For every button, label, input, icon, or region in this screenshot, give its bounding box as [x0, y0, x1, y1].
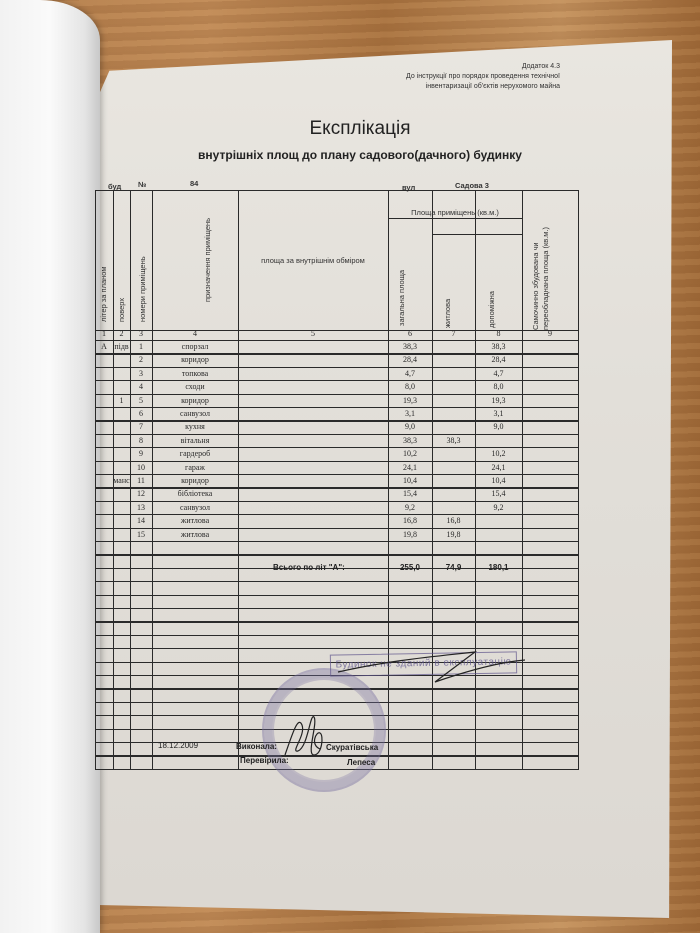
cell-total: 19,3 — [388, 394, 432, 407]
footer-date: 18.12.2009 — [158, 741, 198, 750]
totals-auxiliary-area: 180,1 — [475, 563, 522, 572]
appendix-number: Додаток 4.3 — [400, 62, 560, 72]
table-row-border — [95, 635, 578, 636]
appendix-line-2: До інструкції про порядок проведення тех… — [400, 72, 560, 82]
cell-aux: 38,3 — [475, 340, 522, 353]
cell-aux: 10,2 — [475, 447, 522, 460]
appendix-line-3: інвентаризації об'єктів нерухомого майна — [400, 82, 560, 92]
cell-total: 19,8 — [388, 528, 432, 541]
cell-aux: 24,1 — [475, 461, 522, 474]
cell-purpose: топкова — [152, 367, 238, 380]
cell-purpose: коридор — [152, 394, 238, 407]
cell-no: 7 — [130, 420, 152, 433]
table-column-border — [95, 190, 96, 770]
cell-aux: 28,4 — [475, 353, 522, 366]
column-number: 6 — [388, 328, 432, 340]
cell-no: 14 — [130, 514, 152, 527]
cell-total: 38,3 — [388, 434, 432, 447]
column-number: 1 — [95, 328, 113, 340]
cell-purpose: санвузол — [152, 501, 238, 514]
header-inner-area: площа за внутрішнім обміром — [238, 256, 388, 265]
totals-living-area: 74,9 — [432, 563, 475, 572]
cell-aux: 10,4 — [475, 474, 522, 487]
column-number: 3 — [130, 328, 152, 340]
cell-no: 10 — [130, 461, 152, 474]
cell-aux: 4,7 — [475, 367, 522, 380]
cell-no: 9 — [130, 447, 152, 460]
executed-label: Виконала: — [236, 742, 277, 751]
cell-total: 8,0 — [388, 380, 432, 393]
column-number: 7 — [432, 328, 475, 340]
stamp-crossout-scribble — [330, 650, 530, 690]
cell-purpose: бібліотека — [152, 487, 238, 500]
cell-total: 38,3 — [388, 340, 432, 353]
document-subtitle: внутрішніх площ до плану садового(дачног… — [0, 148, 700, 162]
header-living: житлова — [443, 299, 452, 328]
header-auxiliary: допоміжна — [487, 291, 496, 328]
cell-total: 15,4 — [388, 487, 432, 500]
cell-no: 1 — [130, 340, 152, 353]
area-subgroup-border — [432, 234, 522, 235]
column-number: 2 — [113, 328, 130, 340]
cell-total: 16,8 — [388, 514, 432, 527]
number-label: № — [138, 180, 146, 189]
cell-purpose: вітальня — [152, 434, 238, 447]
cell-purpose: санвузол — [152, 407, 238, 420]
cell-purpose: сходи — [152, 380, 238, 393]
cell-total: 10,2 — [388, 447, 432, 460]
cell-aux: 9,0 — [475, 420, 522, 433]
table-row-border — [95, 595, 578, 596]
appendix-note: Додаток 4.3 До інструкції про порядок пр… — [400, 62, 560, 92]
cell-purpose: коридор — [152, 474, 238, 487]
cell-purpose: кухня — [152, 420, 238, 433]
header-litera: літер за планом — [99, 266, 108, 322]
cell-living: 38,3 — [432, 434, 475, 447]
cell-aux: 15,4 — [475, 487, 522, 500]
column-number: 9 — [522, 328, 578, 340]
checked-name: Лепеса — [347, 758, 375, 767]
cell-total: 10,4 — [388, 474, 432, 487]
column-number: 4 — [152, 328, 238, 340]
header-area-group: Площа приміщень (кв.м.) — [388, 208, 522, 217]
area-group-border — [388, 218, 522, 219]
cell-no: 4 — [130, 380, 152, 393]
cell-purpose: коридор — [152, 353, 238, 366]
table-column-border — [238, 190, 239, 770]
cell-no: 13 — [130, 501, 152, 514]
cell-no: 5 — [130, 394, 152, 407]
cell-living: 16,8 — [432, 514, 475, 527]
building-number: 84 — [190, 179, 198, 188]
cell-no: 15 — [130, 528, 152, 541]
signature — [280, 705, 340, 765]
cell-no: 11 — [130, 474, 152, 487]
cell-total: 4,7 — [388, 367, 432, 380]
totals-total-area: 255,0 — [388, 563, 432, 572]
totals-label: Всього по літ "А": — [273, 563, 345, 572]
executed-name: Скуратівська — [326, 743, 378, 752]
cell-litera: А — [95, 340, 113, 353]
checked-label: Перевірила: — [240, 756, 289, 765]
cell-aux: 3,1 — [475, 407, 522, 420]
cell-floor: підв — [113, 340, 130, 353]
header-floor: поверх — [117, 298, 126, 322]
cell-no: 6 — [130, 407, 152, 420]
cell-purpose: спорзал — [152, 340, 238, 353]
column-number: 5 — [238, 328, 388, 340]
cell-purpose: гараж — [152, 461, 238, 474]
cell-total: 3,1 — [388, 407, 432, 420]
document-title: Експлікація — [0, 118, 700, 140]
cell-no: 3 — [130, 367, 152, 380]
table-row-border — [95, 621, 578, 622]
header-total-area: загальна площа — [397, 270, 406, 326]
cell-total: 9,0 — [388, 420, 432, 433]
header-room-numbers: номери приміщень — [138, 256, 147, 322]
table-row-border — [95, 581, 578, 582]
header-purpose: призначення приміщень — [203, 218, 212, 302]
header-unauthorized: Самочинно збудована чи переобладнана пло… — [531, 190, 551, 330]
street-name: Садова 3 — [455, 181, 489, 190]
table-row-border — [95, 554, 578, 555]
cell-total: 24,1 — [388, 461, 432, 474]
cell-no: 2 — [130, 353, 152, 366]
cell-no: 8 — [130, 434, 152, 447]
cell-no: 12 — [130, 487, 152, 500]
table-column-border — [578, 190, 579, 770]
cell-total: 28,4 — [388, 353, 432, 366]
table-top-border — [95, 190, 578, 191]
cell-purpose: гардероб — [152, 447, 238, 460]
cell-purpose: житлова — [152, 514, 238, 527]
cell-purpose: житлова — [152, 528, 238, 541]
column-number: 8 — [475, 328, 522, 340]
cell-aux: 19,3 — [475, 394, 522, 407]
cell-aux: 9,2 — [475, 501, 522, 514]
table-row-border — [95, 608, 578, 609]
cell-total: 9,2 — [388, 501, 432, 514]
cell-floor: манс — [113, 474, 130, 487]
table-row-border — [95, 541, 578, 542]
cell-floor: 1 — [113, 394, 130, 407]
cell-living: 19,8 — [432, 528, 475, 541]
cell-aux: 8,0 — [475, 380, 522, 393]
